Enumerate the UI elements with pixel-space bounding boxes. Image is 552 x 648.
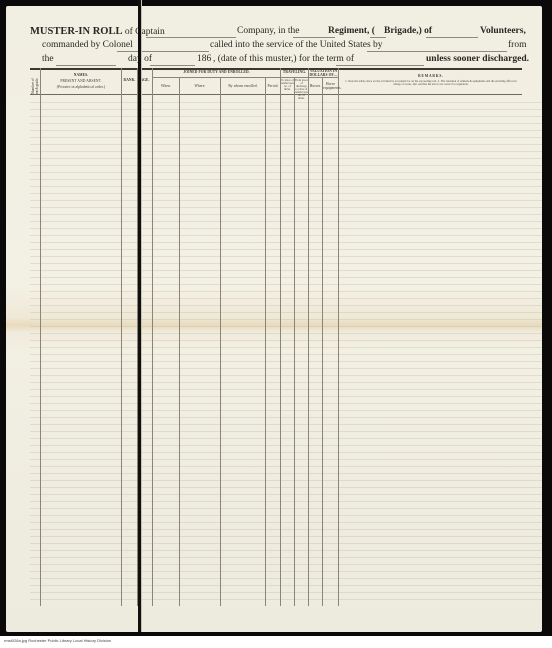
col-line-where [220,78,221,606]
col-header-traveling-group: TRAVELING. [281,70,308,74]
colonel-blank [117,51,209,52]
col-line-equipments [338,68,339,606]
col-header-horse-equipments: Horse equipments. [323,82,338,90]
col-header-rank: RANK. [122,78,137,82]
regiment-label: Regiment, ( [328,26,375,36]
vertical-fold-edge [141,0,142,632]
from-label: from [508,40,526,50]
col-header-names-sub: PRESENT AND ABSENT. [42,79,120,83]
the-label: the [42,54,54,64]
col-header-remarks: REMARKS. [340,74,522,78]
title-line-1: MUSTER-IN ROLL of Captain [30,26,165,37]
col-line-names [121,68,122,606]
col-header-number: Number of each grade. [31,72,39,94]
col-header-names-note: (Privates in alphabetical order.) [42,85,120,89]
document-title: MUSTER-IN ROLL [30,26,122,37]
col-header-period: Period. [266,84,280,88]
travel-valuation-subrule [280,77,338,78]
commanded-label: commanded by Colonel [42,40,133,50]
term-blank [336,65,424,66]
col-line-period [280,68,281,606]
col-header-to-place: To place of rendezvous, no. of miles. [281,79,294,91]
col-header-names: NAMES. [42,73,120,77]
col-header-valuation-group: VALUATION IN DOLLARS OF— [309,69,338,77]
brigade-blank [370,37,386,38]
called-by-blank [367,51,507,52]
state-blank [426,37,478,38]
col-header-when: When. [153,84,179,88]
company-label: Company, in the [237,26,299,36]
col-header-joined-group: JOINED FOR DUTY AND ENROLLED. [153,70,280,74]
col-line-by-whom [265,78,266,606]
col-line-horses [322,78,323,606]
col-header-by-whom: By whom enrolled. [221,84,265,88]
image-caption: rmst026a.jpg Rochester Public Library Lo… [4,638,111,643]
col-header-remarks-note: 1. State the whole since on the roll mus… [342,80,520,86]
date-muster-label: , (date of this muster,) for the term of [213,54,354,64]
joined-subrule [153,77,280,78]
col-header-where: Where. [180,84,220,88]
day-blank [56,65,116,66]
year-label: 186 [197,54,211,64]
col-line-age [152,68,153,606]
month-blank [150,65,195,66]
col-line-to-place [294,78,295,606]
brigade-label: Brigade,) of [384,26,432,36]
col-header-from-place: From place of discharge to place of rend… [295,79,308,100]
column-header-rule [30,94,522,95]
col-line-number [40,68,41,606]
col-line-from-place [308,68,309,606]
ruled-rows [30,96,542,606]
col-header-horses: Horses. [309,84,322,88]
regiment-blank [293,37,335,38]
captain-blank [146,37,236,38]
volunteers-label: Volunteers, [480,26,526,36]
col-line-when [179,78,180,606]
unless-label: unless sooner discharged. [426,54,529,64]
called-label: called into the service of the United St… [210,40,383,50]
